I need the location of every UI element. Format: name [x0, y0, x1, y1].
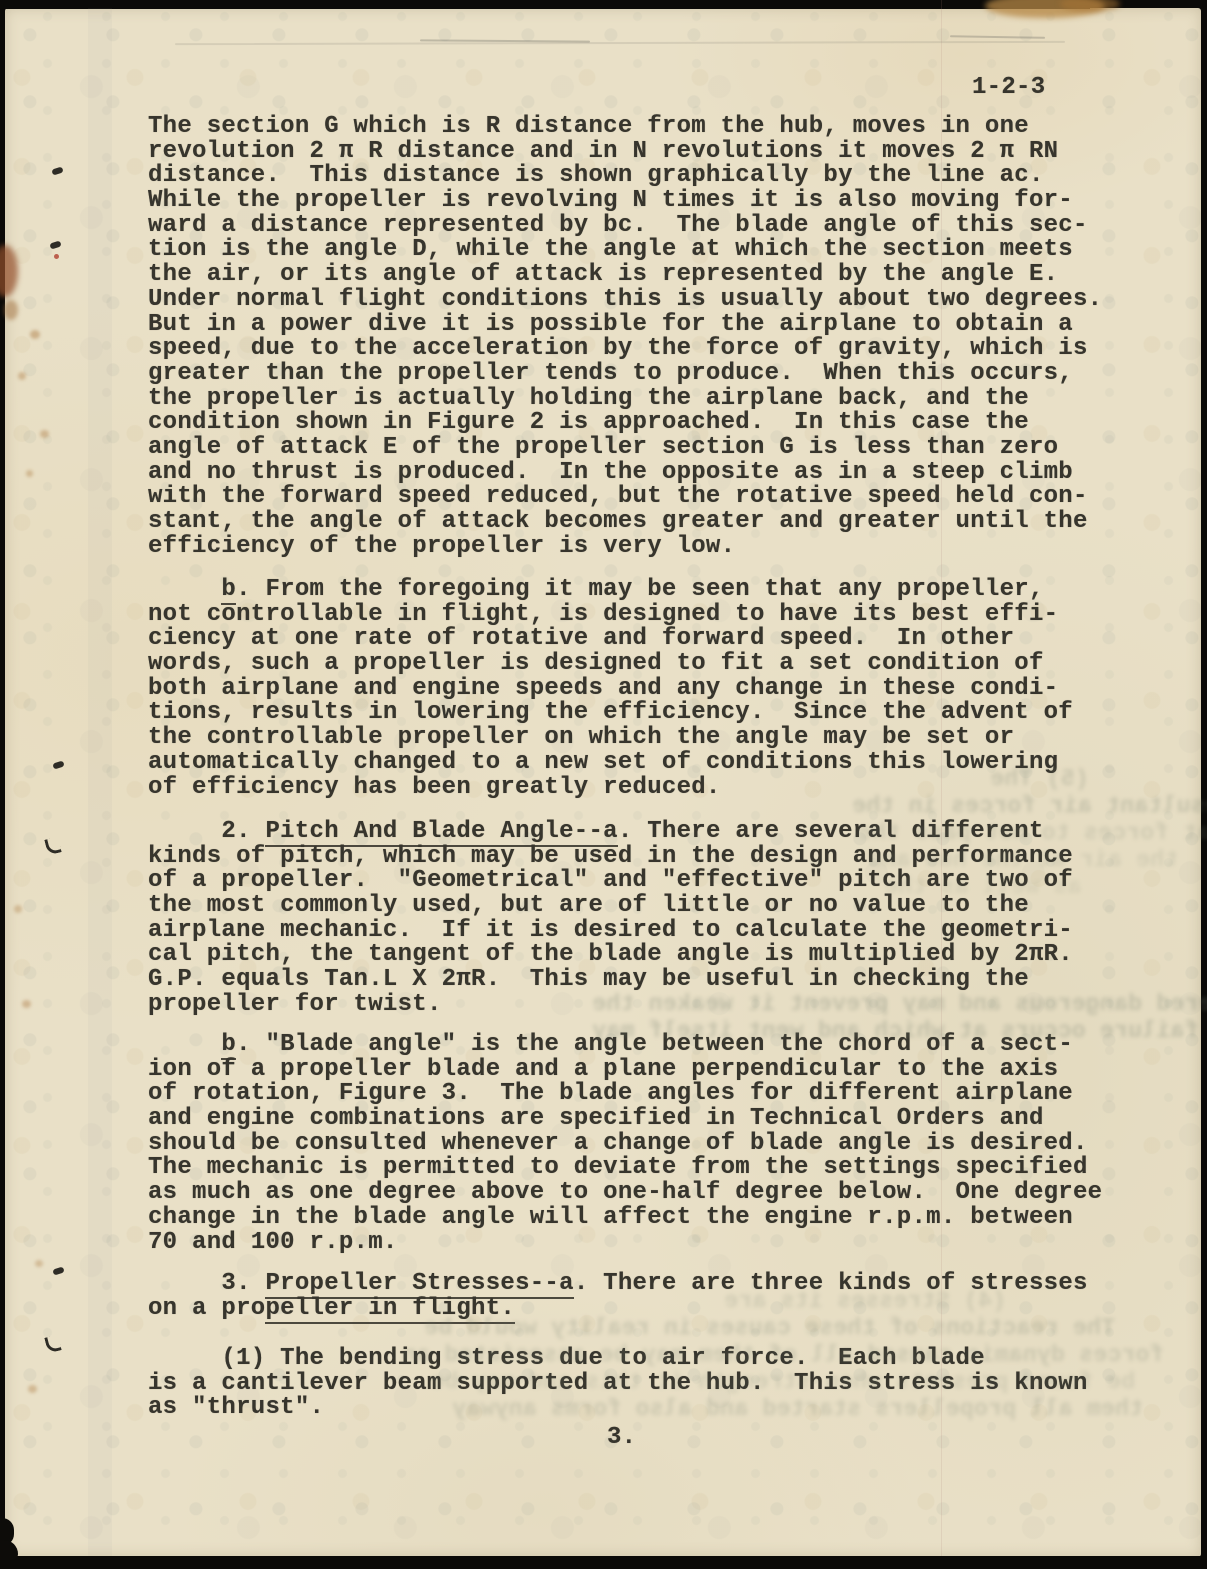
bleedthrough-text: be found presents when strength it this …	[430, 1369, 1135, 1395]
text-line: should be consulted whenever a change of…	[148, 1132, 1102, 1157]
text-line: and engine combinations are specified in…	[148, 1107, 1102, 1132]
text-line: Under normal flight conditions this is u…	[148, 288, 1102, 313]
bleedthrough-text: them all propellers started and also for…	[452, 1396, 1143, 1422]
text-line: cal pitch, the tangent of the blade angl…	[148, 943, 1073, 968]
bleedthrough-text: the air at the hub and	[868, 847, 1178, 873]
bleedthrough-text: at forces to not pass the	[858, 820, 1207, 846]
text-line: ciency at one rate of rotative and forwa…	[148, 627, 1073, 652]
bleedthrough-text: (4) Stresses its are	[724, 1288, 1006, 1314]
text-line: greater than the propeller tends to prod…	[148, 362, 1102, 387]
text-line: both airplane and engine speeds and any …	[148, 677, 1073, 702]
text-line: revolution 2 π R distance and in N revol…	[148, 140, 1102, 165]
text-line: the controllable propeller on which the …	[148, 726, 1073, 751]
text-line: with the forward speed reduced, but the …	[148, 485, 1102, 510]
text-line: the air, or its angle of attack is repre…	[148, 263, 1102, 288]
text-line: angle of attack E of the propeller secti…	[148, 436, 1102, 461]
text-line: airplane mechanic. If it is desired to c…	[148, 919, 1073, 944]
para-continuation-propeller-theory: The section G which is R distance from t…	[148, 115, 1102, 559]
text-line: The mechanic is permitted to deviate fro…	[148, 1156, 1102, 1181]
text-line: The section G which is R distance from t…	[148, 115, 1102, 140]
para-b-controllable-propeller: b. From the foregoing it may be seen tha…	[148, 578, 1073, 800]
text-line: tions, results in lowering the efficienc…	[148, 701, 1073, 726]
bleedthrough-text: until failure occurs at which and went i…	[592, 1018, 1207, 1044]
scanned-manual-page: { "page": { "header_ref": "1-2-3", "foot…	[0, 0, 1207, 1569]
text-line: b. From the foregoing it may be seen tha…	[148, 578, 1073, 603]
text-line: stant, the angle of attack becomes great…	[148, 510, 1102, 535]
text-line: distance. This distance is shown graphic…	[148, 164, 1102, 189]
text-line: of rotation, Figure 3. The blade angles …	[148, 1082, 1102, 1107]
bleedthrough-text: The reactions of these causes in reality…	[424, 1315, 1115, 1341]
text-line: speed, due to the acceleration by the fo…	[148, 337, 1102, 362]
bleedthrough-text: (5) The	[990, 766, 1089, 792]
bleedthrough-text: forces dynamic caused all of them may be…	[402, 1342, 1164, 1368]
text-line: words, such a propeller is designed to f…	[148, 652, 1073, 677]
text-line: efficiency of the propeller is very low.	[148, 535, 1102, 560]
text-line: G.P. equals Tan.L X 2πR. This may be use…	[148, 968, 1073, 993]
document-layer: 1-2-3 The section G which is R distance …	[0, 0, 1207, 1569]
page-number: 3.	[607, 1424, 636, 1451]
text-line: automatically changed to a new set of co…	[148, 751, 1073, 776]
text-line: as much as one degree above to one-half …	[148, 1181, 1102, 1206]
text-line: tion is the angle D, while the angle at …	[148, 238, 1102, 263]
text-line: not controllable in flight, is designed …	[148, 603, 1073, 628]
page-reference: 1-2-3	[972, 74, 1045, 101]
text-line: the propeller is actually holding the ai…	[148, 387, 1102, 412]
text-line: 70 and 100 r.p.m.	[148, 1231, 1102, 1256]
text-line: ion of a propeller blade and a plane per…	[148, 1058, 1102, 1083]
text-line: While the propeller is revolving N times…	[148, 189, 1102, 214]
bleedthrough-text: as well as the	[884, 874, 1081, 900]
bleedthrough-text: resultant air forces in the	[852, 793, 1207, 819]
text-line: change in the blade angle will affect th…	[148, 1206, 1102, 1231]
bleedthrough-text: considered dangerous and may prevent it …	[592, 991, 1207, 1017]
text-line: condition shown in Figure 2 is approache…	[148, 411, 1102, 436]
para-b-blade-angle: b. "Blade angle" is the angle between th…	[148, 1033, 1102, 1255]
text-line: and no thrust is produced. In the opposi…	[148, 461, 1102, 486]
text-line: But in a power dive it is possible for t…	[148, 313, 1102, 338]
text-line: ward a distance represented by bc. The b…	[148, 214, 1102, 239]
